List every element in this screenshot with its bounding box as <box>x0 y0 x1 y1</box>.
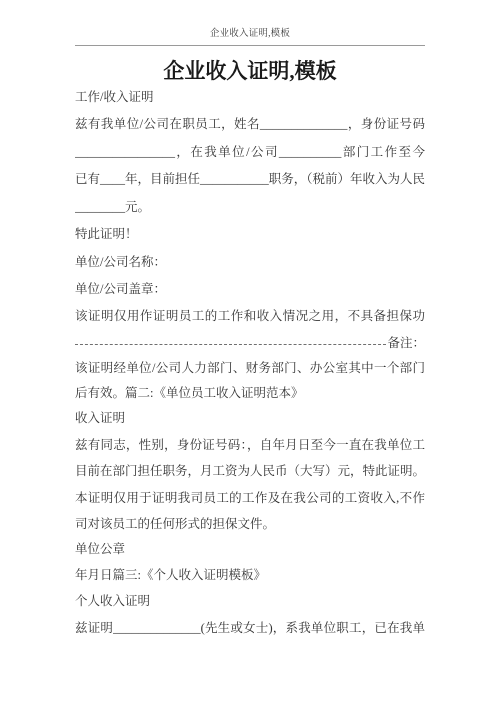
document-line: 司对该员工的任何形式的担保文件。 <box>75 514 425 536</box>
document-title: 企业收入证明,模板 <box>0 54 500 88</box>
document-line: 工作/收入证明 <box>75 87 425 109</box>
document-line: 个人收入证明 <box>75 591 425 613</box>
document-line: 单位/公司名称： <box>75 252 425 274</box>
document-line: 该证明经单位/公司人力部门、财务部门、办公室其中一个部门盖章 <box>75 358 425 380</box>
document-line: 收入证明 <box>75 408 425 430</box>
document-line: 后有效。篇二:《单位员工收入证明范本》 <box>75 383 425 405</box>
document-line: 单位公章 <box>75 539 425 561</box>
document-line: 本证明仅用于证明我司员工的工作及在我公司的工资收入,不作为我 <box>75 488 425 510</box>
document-line: 兹有同志，性别，身份证号码：，自年月日至今一直在我单位工作。 <box>75 435 425 457</box>
document-page: 企业收入证明,模板 企业收入证明,模板 工作/收入证明 兹有我单位/公司在职员工… <box>0 0 500 708</box>
document-line: 已有____年，目前担任___________职务，（税前）年收入为人民币 <box>75 169 425 191</box>
document-line: 该证明仅用作证明员工的工作和收入情况之用，不具备担保功效。 <box>75 306 425 328</box>
remark-divider-row: 备注： <box>75 333 425 353</box>
document-line: 目前在部门担任职务，月工资为人民币（大写）元，特此证明。 <box>75 461 425 483</box>
document-line: 年月日篇三:《个人收入证明模板》 <box>75 565 425 587</box>
document-line: 单位/公司盖章： <box>75 279 425 301</box>
dashed-divider-line <box>75 344 386 345</box>
document-line: 兹证明______________(先生或女士)，系我单位职工，已在我单位工 <box>75 618 425 640</box>
document-line: 兹有我单位/公司在职员工，姓名______________，身份证号码 <box>75 114 425 136</box>
running-header: 企业收入证明,模板 <box>0 27 500 41</box>
document-line: ________元。 <box>75 197 425 219</box>
remark-label: 备注： <box>386 333 425 353</box>
document-line: 特此证明！ <box>75 224 425 246</box>
header-divider-line <box>75 45 425 46</box>
document-line: ________________，在我单位/公司__________部门工作至今 <box>75 142 425 164</box>
